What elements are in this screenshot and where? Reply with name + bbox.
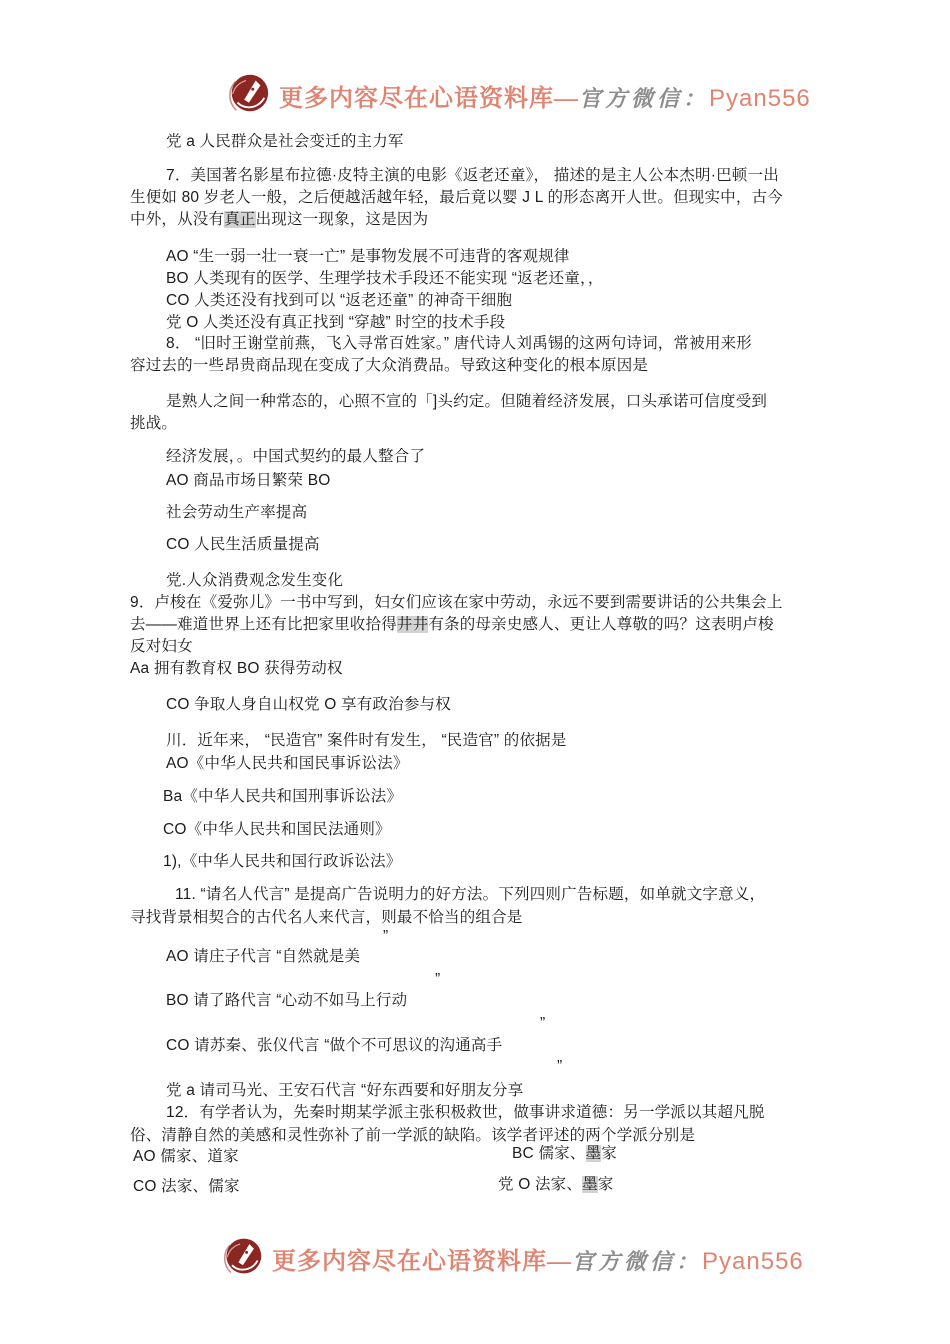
- watermark-main-text: 更多内容尽在心语资料库—: [279, 78, 579, 113]
- text-line: 党 O 人类还没有真正找到 “穿越” 时空的技术手段: [166, 312, 505, 333]
- watermark-wechat-id: Pyan556: [709, 85, 811, 113]
- text-line: CO 法家、儒家: [133, 1176, 240, 1197]
- text-line: Ba《中华人民共和国刑事诉讼法》: [163, 786, 402, 807]
- text-line: ”: [383, 926, 388, 947]
- pen-circle-logo-icon: [220, 1234, 264, 1283]
- text-line: 11. “请名人代言” 是提高广告说明力的好方法。下列四则广告标题，如单就文字意…: [175, 884, 765, 905]
- text-line: ”: [540, 1013, 545, 1034]
- text-line: BO 人类现有的医学、生理学技术手段还不能实现 “返老还童，，: [166, 268, 604, 289]
- text-line: CO 人类还没有找到可以 “返老还童” 的神奇干细胞: [166, 290, 512, 311]
- text-line: 寻找背景相契合的古代名人来代言，则最不恰当的组合是: [130, 907, 523, 928]
- text-line: 中外，从没有真正出现这一现象，这是因为: [130, 209, 428, 230]
- text-line: 党.人众消费观念发生变化: [166, 570, 343, 591]
- text-line: 12．有学者认为，先秦时期某学派主张积极救世，做事讲求道德：另一学派以其超凡脱: [166, 1102, 765, 1123]
- text-line: ”: [435, 969, 440, 990]
- text-line: 川．近年来， “民造官” 案件时有发生， “民造官” 的依据是: [166, 730, 567, 751]
- text-line: 8． “旧时王谢堂前燕，飞入寻常百姓家。” 唐代诗人刘禹锡的这两句诗词，常被用来…: [166, 333, 752, 354]
- text-line: AO “生一弱一壮一衰一亡” 是事物发展不可违背的客观规律: [166, 246, 570, 267]
- text-line: 党 a 人民群众是社会变迁的主力军: [166, 131, 404, 152]
- text-line: Aa 拥有教育权 BO 获得劳动权: [130, 658, 343, 679]
- text-line: AO 儒家、道家: [133, 1146, 239, 1167]
- text-line: 挑战。: [130, 413, 177, 434]
- watermark-footer: 更多内容尽在心语资料库— 官方微信： Pyan556: [220, 1234, 804, 1283]
- text-line: AO 请庄子代言 “自然就是美: [166, 946, 360, 967]
- text-line: AO《中华人民共和国民事诉讼法》: [166, 753, 409, 774]
- ocr-highlight: 真正: [224, 211, 255, 228]
- watermark-header: 更多内容尽在心语资料库— 官方微信： Pyan556: [225, 70, 811, 121]
- watermark-wechat-label: 官方微信：: [579, 82, 709, 113]
- watermark-main-text: 更多内容尽在心语资料库—: [272, 1241, 572, 1276]
- exam-paper-page: 更多内容尽在心语资料库— 官方微信： Pyan556 党 a 人民群众是社会变迁…: [0, 0, 950, 1344]
- text-line: BC 儒家、墨家: [512, 1143, 617, 1164]
- text-line: CO《中华人民共和国民法通则》: [163, 819, 391, 840]
- text-line: AO 商品市场日繁荣 BO: [166, 470, 331, 491]
- text-line: ”: [557, 1056, 562, 1077]
- watermark-wechat-id: Pyan556: [702, 1248, 804, 1276]
- text-line: 党 a 请司马光、王安石代言 “好东西要和好朋友分享: [166, 1080, 523, 1101]
- pen-circle-logo-icon: [225, 70, 271, 121]
- text-line: CO 人民生活质量提高: [166, 534, 320, 555]
- text-line: CO 请苏秦、张仪代言 “做个不可思议的沟通高手: [166, 1035, 502, 1056]
- text-line: 经济发展，。中国式契约的最人整合了: [166, 446, 425, 467]
- text-line: 社会劳动生产率提高: [166, 502, 307, 523]
- text-line: 9．卢梭在《爱弥儿》一书中写到，妇女们应该在家中劳动，永远不要到需要讲话的公共集…: [130, 592, 783, 613]
- ocr-highlight: 墨: [586, 1145, 602, 1162]
- ocr-highlight: 井井: [397, 616, 428, 633]
- text-line: 1),《中华人民共和国行政诉讼法》: [163, 851, 402, 872]
- text-line: 党 O 法家、墨家: [498, 1174, 613, 1195]
- text-line: 7．美国著名影星布拉德·皮特主演的电影《返老还童》， 描述的是主人公本杰明·巴顿…: [166, 165, 779, 186]
- text-line: BO 请了路代言 “心动不如马上行动: [166, 990, 407, 1011]
- text-line: 反对妇女: [130, 636, 193, 657]
- text-line: 容过去的一些昂贵商品现在变成了大众消费品。导致这种变化的根本原因是: [130, 355, 648, 376]
- text-line: CO 争取人身自山权党 O 享有政治参与权: [166, 694, 451, 715]
- text-line: 生便如 80 岁老人一般，之后便越活越年轻，最后竟以婴 J L 的形态离开人世。…: [130, 187, 783, 208]
- ocr-highlight: 墨: [582, 1176, 598, 1193]
- watermark-wechat-label: 官方微信：: [572, 1245, 702, 1276]
- text-line: 去——难道世界上还有比把家里收拾得井井有条的母亲史感人、更让人尊敬的吗？这表明卢…: [130, 614, 774, 635]
- text-line: 是熟人之间一种常态的，心照不宣的「]头约定。但随着经济发展，口头承诺可信度受到: [166, 391, 767, 412]
